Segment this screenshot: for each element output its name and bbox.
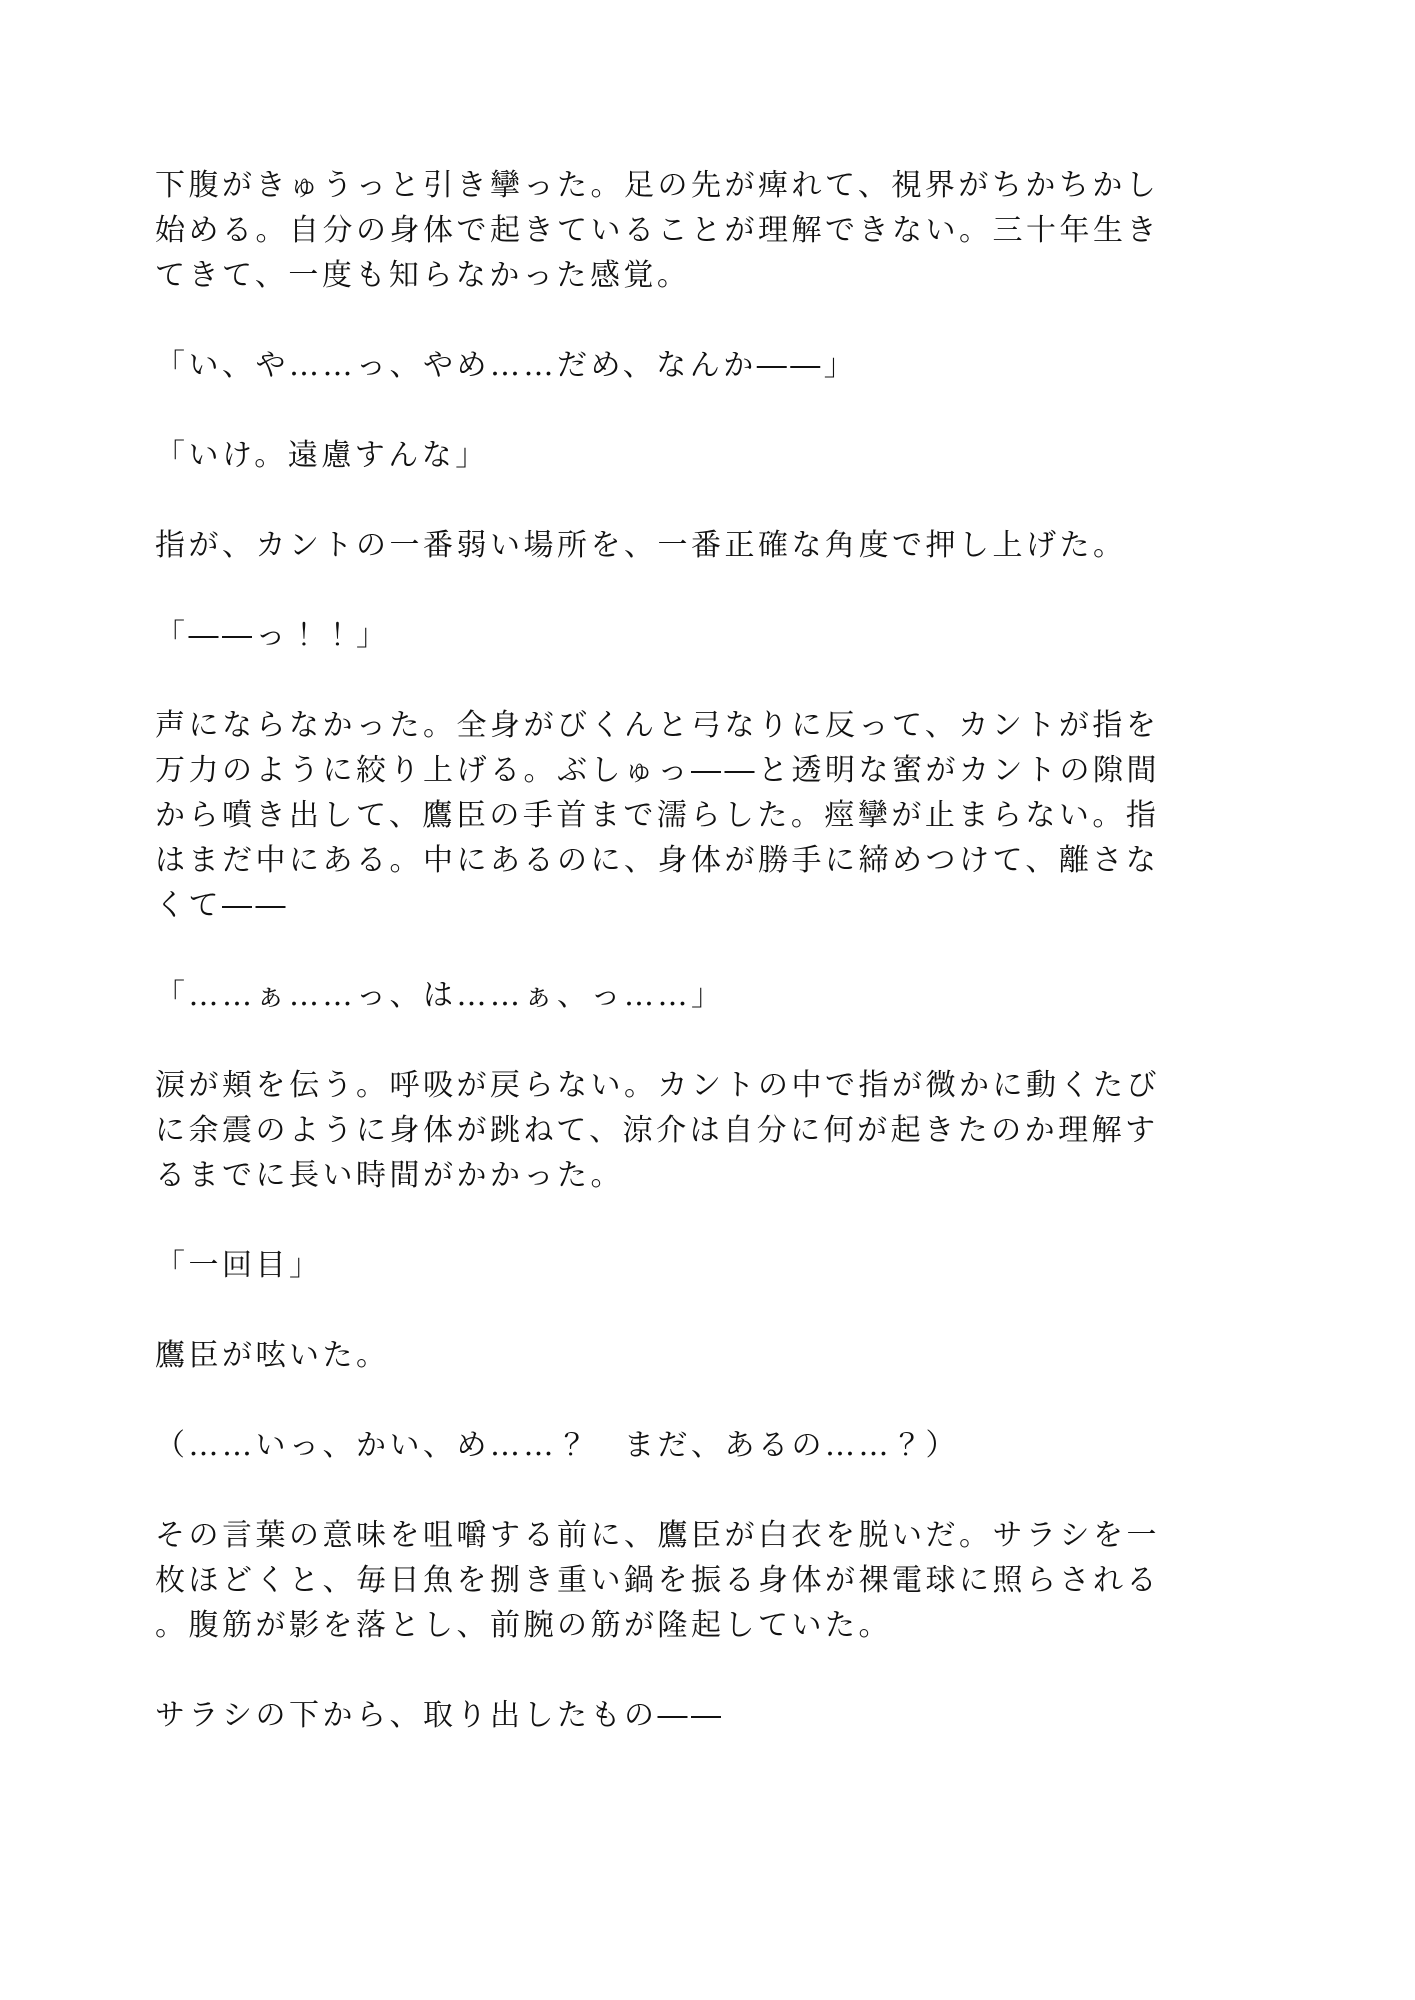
text-column: 下腹がきゅうっと引き攣った。足の先が痺れて、視界がちかちかし始める。自分の身体で… bbox=[155, 163, 1167, 1738]
paragraph-dialogue: 「い、や……っ、やめ……だめ、なんか――」 bbox=[155, 343, 1167, 388]
paragraph-narration: 声にならなかった。全身がびくんと弓なりに反って、カントが指を万力のように絞り上げ… bbox=[155, 703, 1167, 928]
paragraph-dialogue: 「――っ！！」 bbox=[155, 613, 1167, 658]
paragraph-dialogue: 「一回目」 bbox=[155, 1243, 1167, 1288]
paragraph-narration: 鷹臣が呟いた。 bbox=[155, 1333, 1167, 1378]
paragraph-narration: サラシの下から、取り出したもの―― bbox=[155, 1693, 1167, 1738]
paragraph-dialogue: 「……ぁ……っ、は……ぁ、っ……」 bbox=[155, 973, 1167, 1018]
paragraph-narration: その言葉の意味を咀嚼する前に、鷹臣が白衣を脱いだ。サラシを一枚ほどくと、毎日魚を… bbox=[155, 1513, 1167, 1648]
page: 下腹がきゅうっと引き攣った。足の先が痺れて、視界がちかちかし始める。自分の身体で… bbox=[0, 0, 1415, 2000]
paragraph-narration: 指が、カントの一番弱い場所を、一番正確な角度で押し上げた。 bbox=[155, 523, 1167, 568]
paragraph-dialogue: 「いけ。遠慮すんな」 bbox=[155, 433, 1167, 478]
paragraph-narration: 下腹がきゅうっと引き攣った。足の先が痺れて、視界がちかちかし始める。自分の身体で… bbox=[155, 163, 1167, 298]
paragraph-narration: 涙が頬を伝う。呼吸が戻らない。カントの中で指が微かに動くたびに余震のように身体が… bbox=[155, 1063, 1167, 1198]
paragraph-thought: （……いっ、かい、め……？ まだ、あるの……？） bbox=[155, 1423, 1167, 1468]
